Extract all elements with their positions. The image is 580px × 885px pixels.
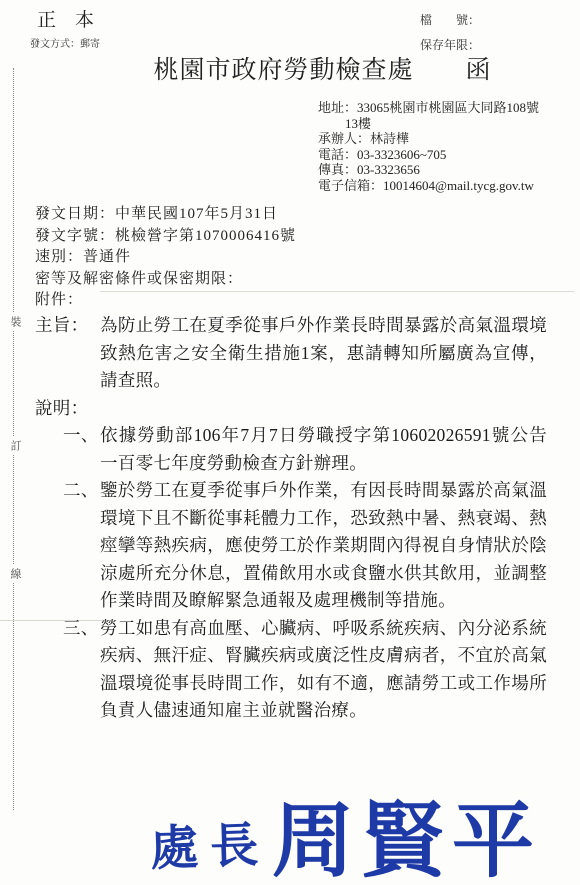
doc-number: 發文字號：桃檢營字第1070006416號 <box>35 226 296 248</box>
item-text: 鑒於勞工在夏季從事戶外作業，有因長時間暴露於高氣溫環境下且不斷從事耗體力工作，恐… <box>100 477 547 615</box>
binding-mark-ding: 訂 <box>7 437 23 454</box>
meta-block: 發文日期：中華民國107年5月31日 發文字號：桃檢營字第1070006416號… <box>35 204 296 312</box>
explanation-label: 說明： <box>35 395 100 423</box>
binding-dotted-line: 裝 訂 線 <box>13 68 14 810</box>
subject-label: 主旨： <box>35 312 100 340</box>
list-item: 三、 勞工如患有高血壓、心臟病、呼吸系統疾病、內分泌系統疾病、無汗症、腎臟疾病或… <box>35 615 547 725</box>
item-text: 依據勞動部106年7月7日勞職授字第10602026591號公告一百零七年度勞動… <box>100 422 547 477</box>
scan-fold-line-top <box>100 291 574 292</box>
list-item: 一、 依據勞動部106年7月7日勞職授字第10602026591號公告一百零七年… <box>35 422 547 477</box>
item-number: 二、 <box>63 477 100 505</box>
file-number-label: 檔 號： <box>420 11 480 28</box>
signer-title: 處長 <box>149 806 271 879</box>
copy-type-label: 正 本 <box>37 5 94 32</box>
security-class: 密等及解密條件或保密期限： <box>35 269 296 291</box>
binding-mark-zhuang: 裝 <box>7 313 23 330</box>
contact-address-line2: 13樓 <box>318 116 539 132</box>
delivery-method-label: 發文方式：郵寄 <box>30 35 100 50</box>
issue-date: 發文日期：中華民國107年5月31日 <box>35 204 296 226</box>
contact-block: 地址：33065桃園市桃園區大同路108號 13樓 承辦人：林詩樺 電話：03-… <box>318 100 539 193</box>
explanation-row: 說明： <box>35 395 547 423</box>
binding-mark-xian: 線 <box>7 565 23 582</box>
contact-person: 承辦人：林詩樺 <box>318 131 539 147</box>
attachment-label: 附件： <box>35 290 296 312</box>
signature-block: 處長 周賢平 <box>150 776 542 885</box>
contact-phone: 電話：03-3323606~705 <box>318 147 539 163</box>
signer-name-stamp: 周賢平 <box>272 776 542 885</box>
speed-class: 速別：普通件 <box>35 247 296 269</box>
contact-fax: 傳真：03-3323656 <box>318 162 539 178</box>
item-number: 三、 <box>63 615 100 643</box>
item-text: 勞工如患有高血壓、心臟病、呼吸系統疾病、內分泌系統疾病、無汗症、腎臟疾病或廣泛性… <box>100 615 547 725</box>
subject-row: 主旨： 為防止勞工在夏季從事戶外作業長時間暴露於高氣溫環境致熱危害之安全衛生措施… <box>35 312 547 395</box>
contact-email: 電子信箱：10014604@mail.tycg.gov.tw <box>318 178 539 194</box>
list-item: 二、 鑒於勞工在夏季從事戶外作業，有因長時間暴露於高氣溫環境下且不斷從事耗體力工… <box>35 477 547 615</box>
subject-text: 為防止勞工在夏季從事戶外作業長時間暴露於高氣溫環境致熱危害之安全衛生措施1案，惠… <box>100 312 547 395</box>
contact-address-line1: 地址：33065桃園市桃園區大同路108號 <box>318 100 539 116</box>
letter-body: 主旨： 為防止勞工在夏季從事戶外作業長時間暴露於高氣溫環境致熱危害之安全衛生措施… <box>35 312 547 725</box>
item-number: 一、 <box>63 422 100 450</box>
scanned-official-letter: 裝 訂 線 正 本 發文方式：郵寄 檔 號： 保存年限： 桃園市政府勞動檢查處 … <box>0 0 580 885</box>
document-title: 桃園市政府勞動檢查處 函 <box>65 50 580 86</box>
